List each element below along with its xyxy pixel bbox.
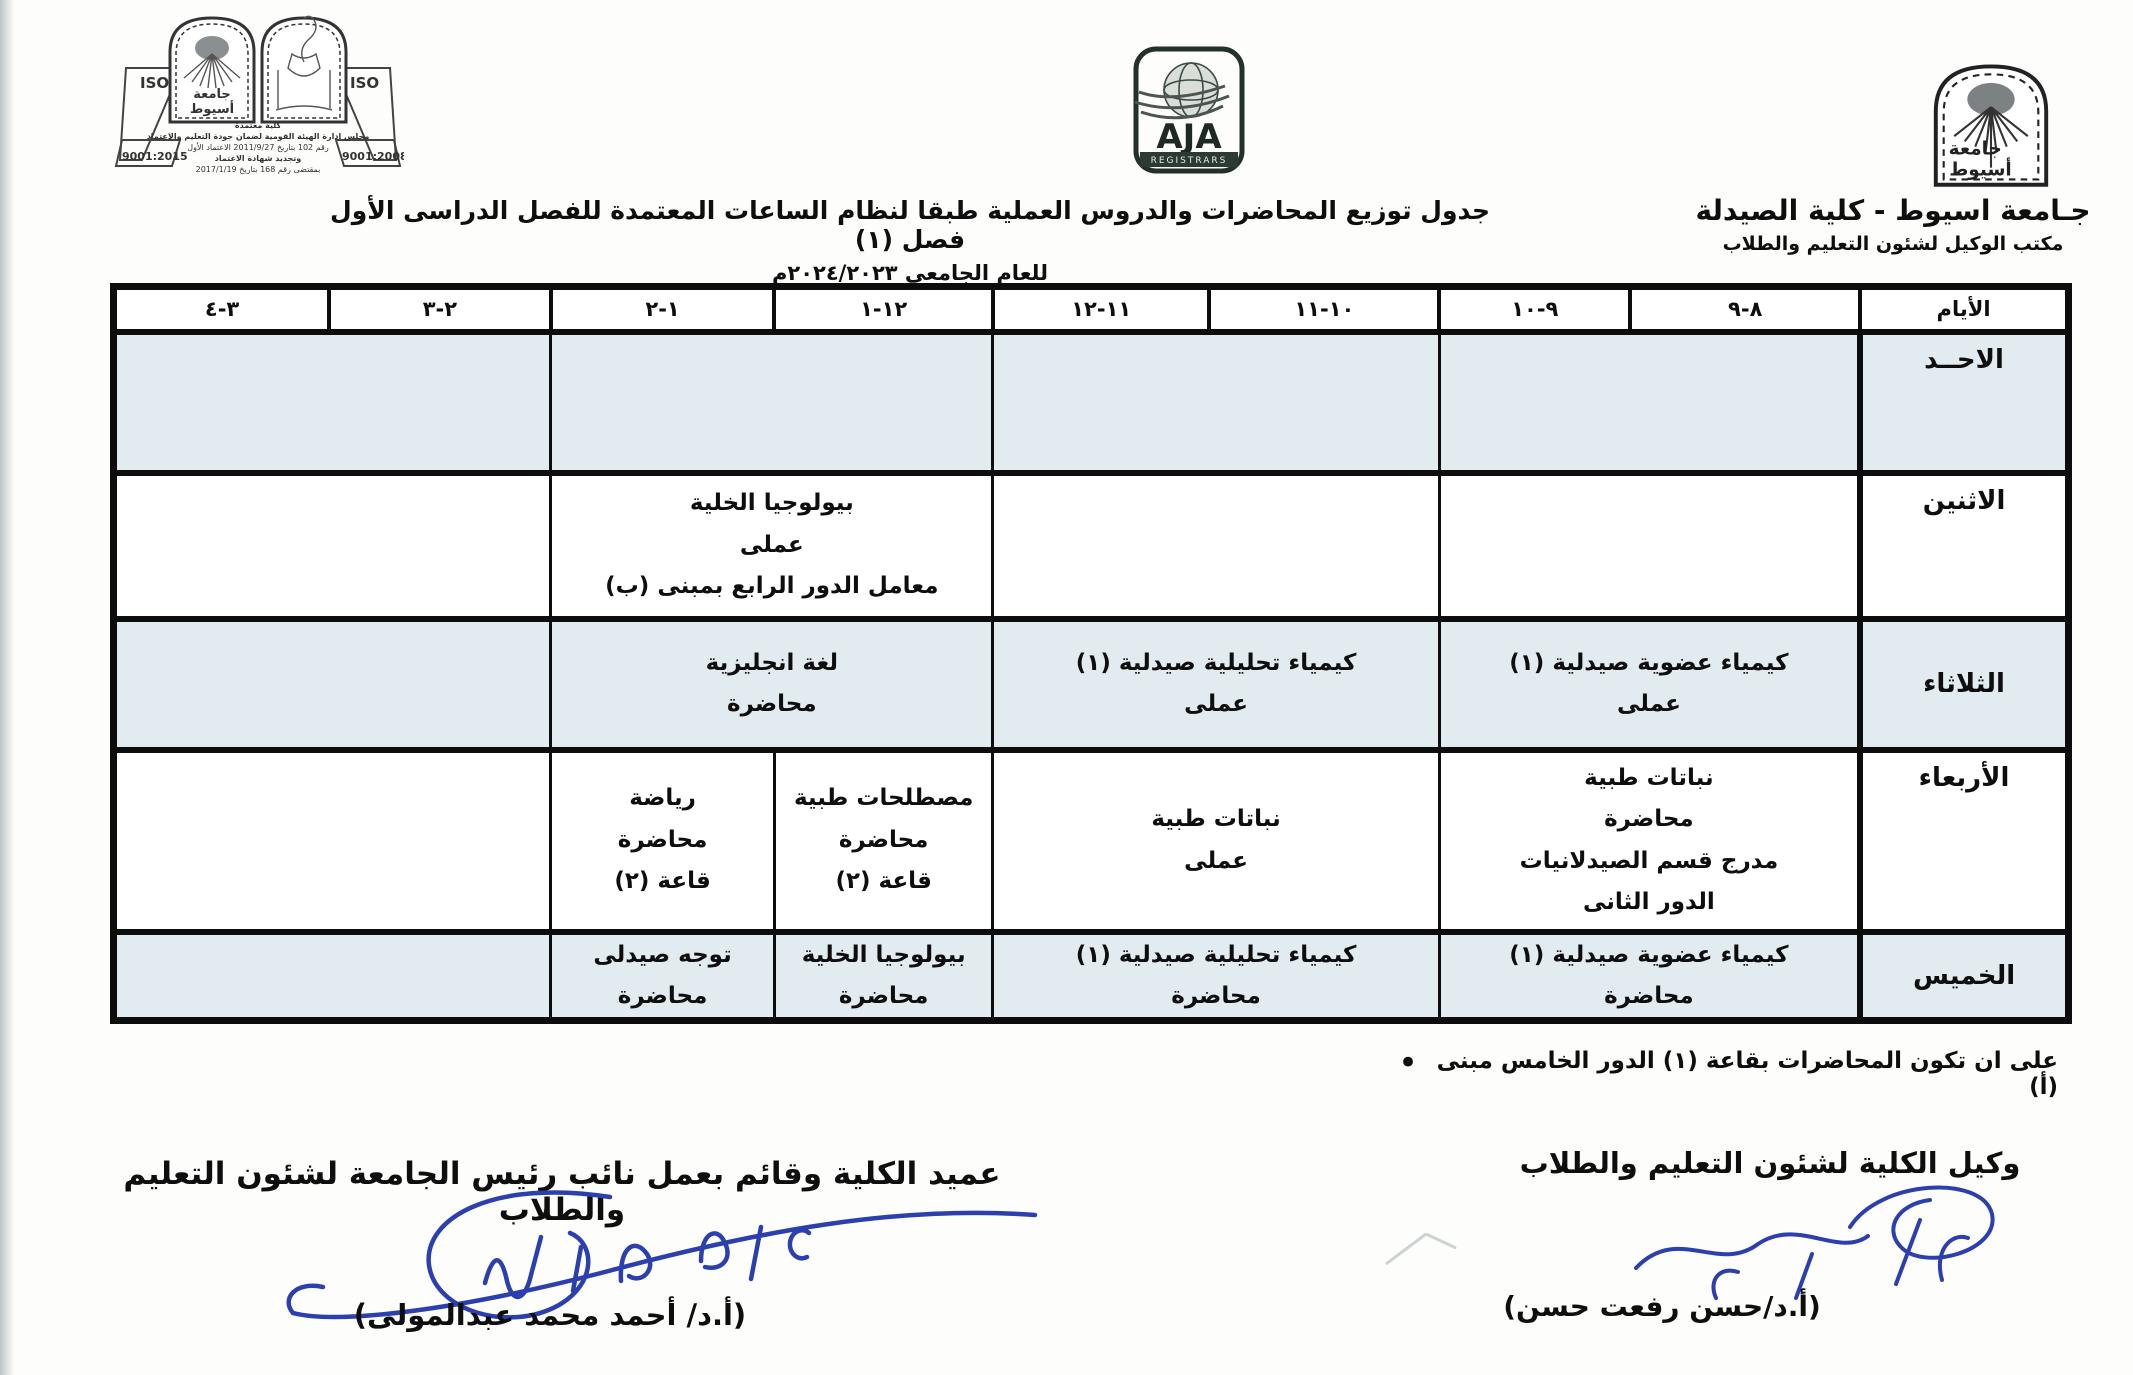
course-cell-cell-biology-practical: بيولوجيا الخلية عملى معامل الدور الرابع … [551, 473, 993, 619]
course-cell-organic-chemistry-practical: كيمياء عضوية صيدلية (١) عملى [1439, 619, 1860, 750]
course-cell-english-lecture: لغة انجليزية محاضرة [551, 619, 993, 750]
globe-icon [1135, 63, 1229, 118]
course-cell-cell-biology-lecture: بيولوجيا الخلية محاضرة [774, 932, 993, 1021]
iso-certification-logo: ISO 9001:2015 ISO 9001:2008 جامعة أسيوط … [112, 10, 404, 182]
iso-caption-4: وتجديد شهادة الاعتماد [215, 154, 301, 163]
time-header-10-11: ١٠-١١ [1209, 287, 1439, 332]
dean-title: عميد الكلية وقائم بعمل نائب رئيس الجامعة… [112, 1156, 1012, 1228]
svg-text:ISO: ISO [140, 74, 169, 92]
scanned-timetable-page: { "header": { "org_line1": "جـامعة اسيوط… [0, 0, 2133, 1375]
time-header-8-9: ٨-٩ [1630, 287, 1860, 332]
svg-text:ISO: ISO [350, 74, 379, 92]
svg-text:9001:2015: 9001:2015 [122, 150, 188, 163]
time-header-2-3: ٢-٣ [329, 287, 551, 332]
row-tuesday: الثلاثاء كيمياء عضوية صيدلية (١) عملى كي… [114, 619, 2069, 750]
row-sunday: الاحــد [114, 332, 2069, 473]
row-monday: الاثنين بيولوجيا الخلية عملى معامل الدور… [114, 473, 2069, 619]
aja-wordmark: AJA [1156, 117, 1222, 157]
empty-cell [1439, 473, 1860, 619]
svg-text:أسيوط: أسيوط [190, 100, 234, 117]
scan-left-edge-shadow [0, 0, 14, 1375]
course-cell-medicinal-plants-practical: نباتات طبية عملى [993, 750, 1439, 932]
footnote-text: على ان تكون المحاضرات بقاعة (١) الدور ال… [1420, 1048, 2074, 1100]
dean-name: (أ.د/ أحمد محمد عبدالمولى) [300, 1298, 800, 1332]
empty-cell [993, 332, 1439, 473]
university-logo: جامعة أسيوط [1925, 52, 2057, 190]
day-cell-sunday: الاحــد [1860, 332, 2068, 473]
course-cell-analytical-chemistry-lecture: كيمياء تحليلية صيدلية (١) محاضرة [993, 932, 1439, 1021]
empty-cell [1439, 332, 1860, 473]
row-wednesday: الأربعاء نباتات طبية محاضرة مدرج قسم الص… [114, 750, 2069, 932]
timetable: الأيام ٨-٩ ٩-١٠ ١٠-١١ ١١-١٢ ١٢-١ ١-٢ ٢-٣… [110, 283, 2072, 1024]
university-tablet-icon: جامعة أسيوط [170, 18, 254, 122]
org-office: مكتب الوكيل لشئون التعليم والطلاب [1693, 233, 2093, 255]
iso-captions: كلية معتمدة مجلس ادارة الهيئة القومية لض… [147, 121, 370, 174]
day-cell-tuesday: الثلاثاء [1860, 619, 2068, 750]
org-block: جـامعة اسيوط - كلية الصيدلة مكتب الوكيل … [1693, 194, 2093, 255]
aja-band-text: REGISTRARS [1151, 156, 1228, 166]
aja-registrars-logo: AJA REGISTRARS [1133, 46, 1245, 174]
pharmacy-tablet-icon [262, 16, 346, 122]
time-header-9-10: ٩-١٠ [1439, 287, 1630, 332]
row-thursday: الخميس كيمياء عضوية صيدلية (١) محاضرة كي… [114, 932, 2069, 1021]
days-header-cell: الأيام [1860, 287, 2068, 332]
academic-year: للعام الجامعى ٢٠٢٤/٢٠٢٣م [330, 261, 1490, 285]
iso-caption-1: كلية معتمدة [235, 121, 282, 130]
university-logo-text-1: جامعة [1949, 139, 2002, 160]
course-cell-analytical-chemistry-practical: كيمياء تحليلية صيدلية (١) عملى [993, 619, 1439, 750]
empty-cell [114, 473, 551, 619]
vice-dean-name: (أ.د/حسن رفعت حسن) [1462, 1290, 1862, 1323]
vice-dean-title: وكيل الكلية لشئون التعليم والطلاب [1460, 1146, 2080, 1180]
time-header-1-2: ١-٢ [551, 287, 775, 332]
day-cell-monday: الاثنين [1860, 473, 2068, 619]
iso-caption-3: رقم 102 بتاريخ 2011/9/27 الاعتماد الأول [187, 142, 329, 152]
course-cell-sports-lecture: رياضة محاضرة قاعة (٢) [551, 750, 775, 932]
day-cell-wednesday: الأربعاء [1860, 750, 2068, 932]
footnote: • على ان تكون المحاضرات بقاعة (١) الدور … [1398, 1048, 2074, 1100]
time-header-3-4: ٣-٤ [114, 287, 330, 332]
empty-cell [114, 750, 551, 932]
day-cell-thursday: الخميس [1860, 932, 2068, 1021]
empty-cell [114, 332, 551, 473]
course-cell-medicinal-plants-lecture: نباتات طبية محاضرة مدرج قسم الصيدلانيات … [1439, 750, 1860, 932]
bullet-icon: • [1398, 1048, 1418, 1078]
org-name: جـامعة اسيوط - كلية الصيدلة [1693, 194, 2093, 227]
course-cell-pharmacy-orientation-lecture: توجه صيدلى محاضرة [551, 932, 775, 1021]
header-row: الأيام ٨-٩ ٩-١٠ ١٠-١١ ١١-١٢ ١٢-١ ١-٢ ٢-٣… [114, 287, 2069, 332]
svg-text:9001:2008: 9001:2008 [342, 150, 404, 163]
course-cell-organic-chemistry-lecture: كيمياء عضوية صيدلية (١) محاضرة [1439, 932, 1860, 1021]
scan-pencil-mark [1382, 1228, 1460, 1268]
empty-cell [993, 473, 1439, 619]
empty-cell [114, 932, 551, 1021]
page-title: جدول توزيع المحاضرات والدروس العملية طبق… [330, 196, 1490, 254]
title-block: جدول توزيع المحاضرات والدروس العملية طبق… [330, 196, 1490, 285]
time-header-12-1: ١٢-١ [774, 287, 993, 332]
course-cell-medical-terminology-lecture: مصطلحات طبية محاضرة قاعة (٢) [774, 750, 993, 932]
empty-cell [114, 619, 551, 750]
iso-caption-5: بمقتضى رقم 168 بتاريخ 2017/1/19 [196, 165, 321, 174]
time-header-11-12: ١١-١٢ [993, 287, 1210, 332]
empty-cell [551, 332, 993, 473]
university-logo-text-2: أسيوط [1949, 158, 2012, 181]
svg-text:جامعة: جامعة [193, 87, 231, 102]
iso-caption-2: مجلس ادارة الهيئة القومية لضمان جودة الت… [147, 132, 370, 142]
